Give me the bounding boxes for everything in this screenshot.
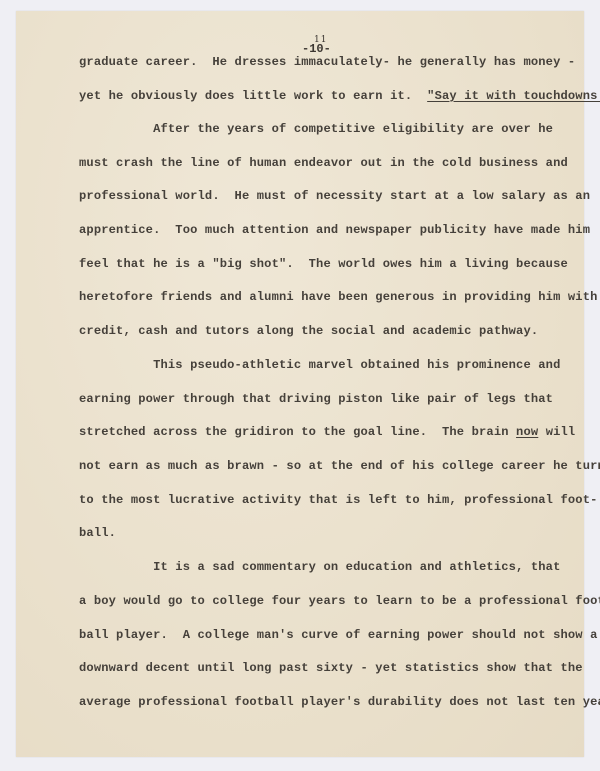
typed-page-number: -10- [302,42,331,56]
paragraph-start-line: It is a sad commentary on education and … [79,560,560,574]
text-line: stretched across the gridiron to the goa… [79,425,575,439]
paragraph-start-line: After the years of competitive eligibili… [79,122,553,136]
text-span: will [538,425,575,439]
text-line: to the most lucrative activity that is l… [79,493,598,507]
text-line: not earn as much as brawn - so at the en… [79,459,600,473]
text-line: heretofore friends and alumni have been … [79,290,598,304]
underlined-quote: "Say it with touchdowns." [427,89,600,103]
text-line: professional world. He must of necessity… [79,189,590,203]
text-span: yet he obviously does little work to ear… [79,89,427,103]
text-line: yet he obviously does little work to ear… [79,89,600,103]
text-line: credit, cash and tutors along the social… [79,324,538,338]
text-line: ball. [79,526,116,540]
text-line: apprentice. Too much attention and newsp… [79,223,590,237]
text-line: average professional football player's d… [79,695,600,709]
text-span: stretched across the gridiron to the goa… [79,425,516,439]
text-line: must crash the line of human endeavor ou… [79,156,568,170]
text-line: a boy would go to college four years to … [79,594,600,608]
text-line: earning power through that driving pisto… [79,392,553,406]
paragraph-start-line: This pseudo-athletic marvel obtained his… [79,358,560,372]
text-line: feel that he is a "big shot". The world … [79,257,568,271]
underlined-word: now [516,425,538,439]
text-line: graduate career. He dresses immaculately… [79,55,575,69]
text-line: ball player. A college man's curve of ea… [79,628,598,642]
text-line: downward decent until long past sixty - … [79,661,583,675]
typed-document-page: 11 -10- graduate career. He dresses imma… [16,11,584,757]
